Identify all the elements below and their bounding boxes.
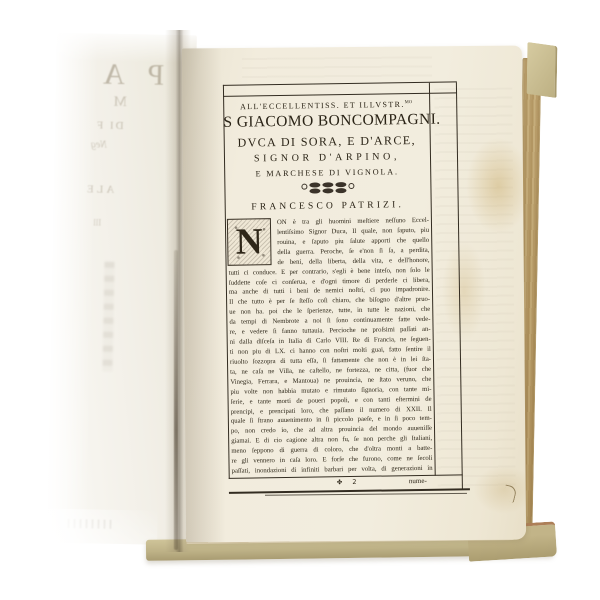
gutter-shadow xyxy=(182,48,226,542)
book-photo: P A M DI F Neg ALE Ill xyxy=(0,0,600,600)
dedicatee-title-2: SIGNOR D'ARPINO, xyxy=(224,151,430,165)
ornament-fleurons xyxy=(299,182,355,196)
printed-frame: ALL'ECCELLENTISS. ET ILLVSTR.MO S GIACOM… xyxy=(223,81,469,503)
author-heading: FRANCESCO PATRIZI. xyxy=(225,200,431,213)
salutation-text: ALL'ECCELLENTISS. ET ILLVSTR. xyxy=(240,100,405,111)
frame-rule-right-outer xyxy=(456,82,463,489)
dedicatee-title-1: DVCA DI SORA, E D'ARCE, xyxy=(224,133,430,151)
showthrough-fragment: Ill xyxy=(93,217,101,227)
salutation-superscript: MO xyxy=(405,99,413,104)
dedication-salutation: ALL'ECCELLENTISS. ET ILLVSTR.MO xyxy=(223,99,429,112)
signature-mark: ✤ 2 xyxy=(337,478,361,486)
right-page: ALL'ECCELLENTISS. ET ILLVSTR.MO S GIACOM… xyxy=(182,46,526,543)
showthrough-smudge xyxy=(102,262,114,372)
dedicatee-title-3: E MARCHESE DI VIGNOLA. xyxy=(224,167,430,179)
page-highlight xyxy=(37,508,158,552)
catchword: nume- xyxy=(409,477,427,485)
frame-rule-bottom-double xyxy=(265,493,467,496)
showthrough-fragment: M xyxy=(113,94,127,111)
showthrough-fragment: DI F xyxy=(95,119,124,132)
showthrough-title: P A xyxy=(94,57,165,92)
body-text: ON è tra gli huomini meſtiere neſſuno Ec… xyxy=(228,216,433,477)
page-highlight xyxy=(33,22,98,563)
frame-rule-top-inner xyxy=(223,92,457,97)
showthrough-texture xyxy=(242,56,432,80)
frame-rule-top-outer xyxy=(223,81,457,86)
cover-corner-top-right xyxy=(527,42,558,98)
dedicatee-name: S GIACOMO BONCOMPAGNI. xyxy=(223,111,429,132)
water-stain xyxy=(466,137,531,234)
spine-gutter-shadow xyxy=(174,250,178,550)
